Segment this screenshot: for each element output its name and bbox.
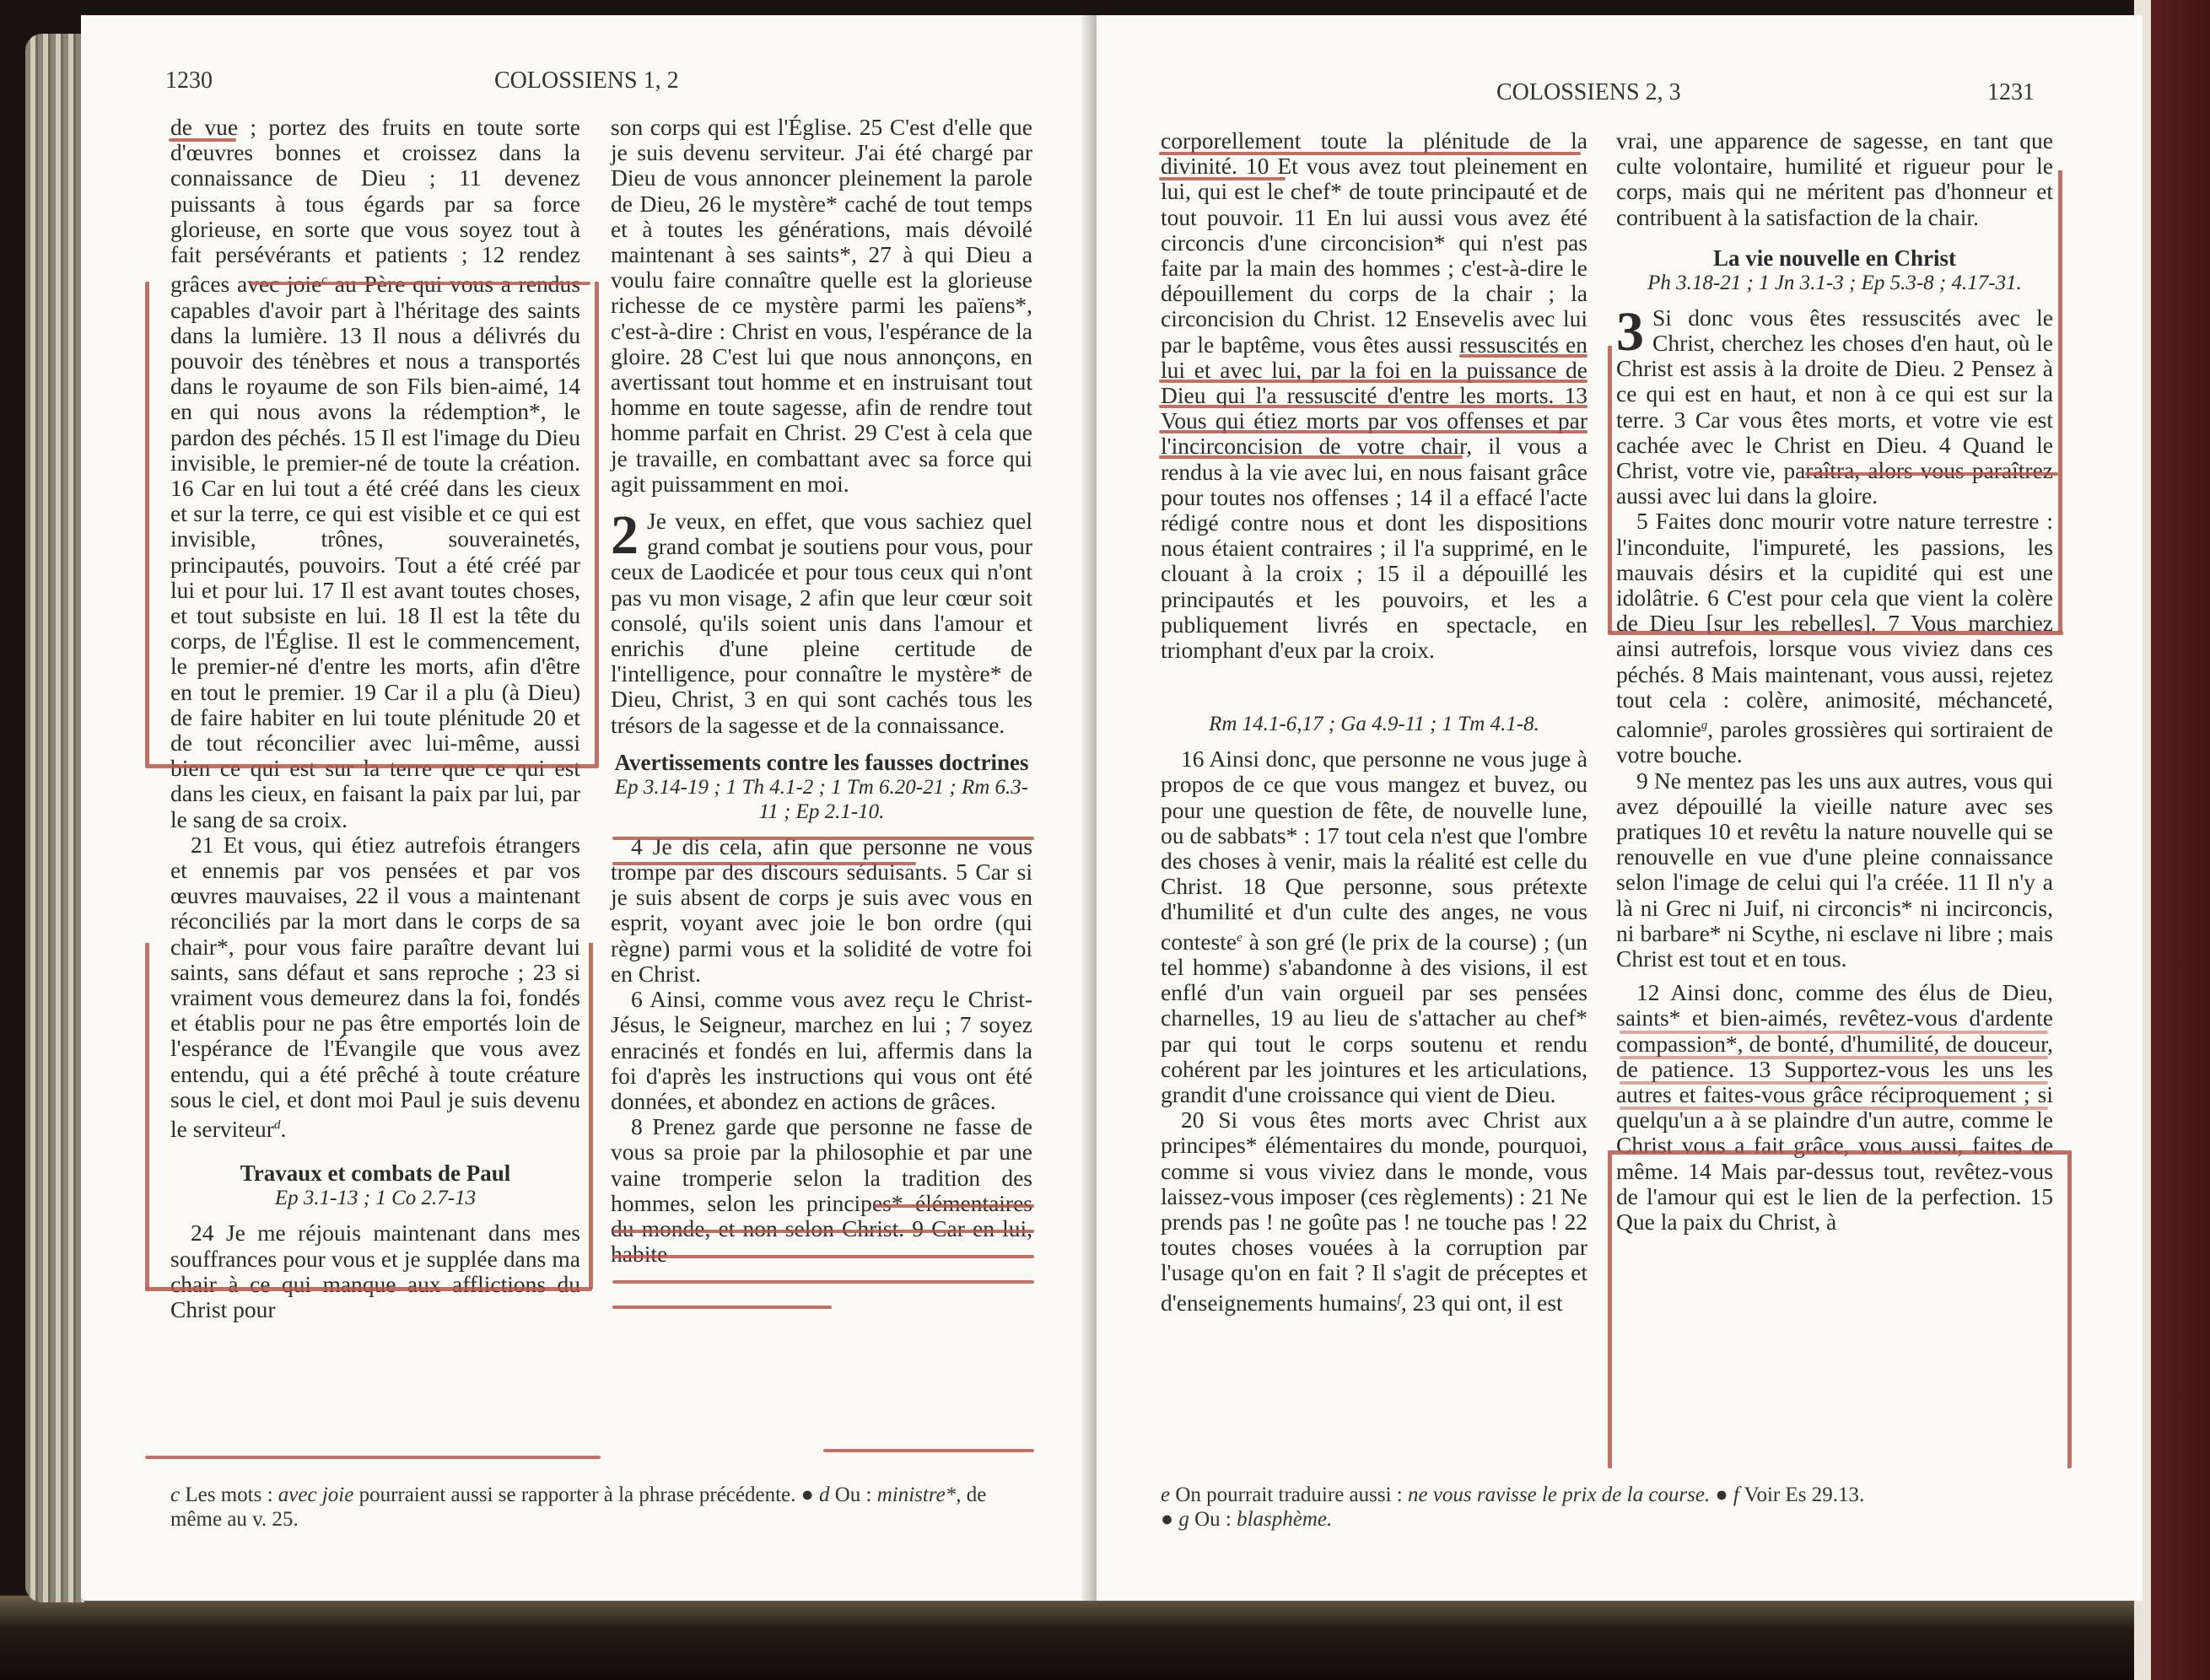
footnote-label-d: d: [819, 1483, 830, 1506]
underline-highlight: [169, 138, 236, 142]
footnote-label-c: c: [170, 1483, 180, 1506]
highlight-bar-3-1-4: [1608, 346, 1612, 633]
book-cover-right: [2134, 0, 2210, 1680]
paragraph: 9 Ne mentez pas les uns aux autres, vous…: [1616, 768, 2053, 972]
underline-highlight: [1159, 152, 1581, 155]
underline-highlight: [612, 837, 1034, 840]
footnote-mark-d[interactable]: d: [274, 1118, 281, 1132]
paragraph: vrai, une apparence de sagesse, en tant …: [1616, 128, 2053, 230]
paragraph: Je veux, en effet, que vous sachiez quel…: [611, 508, 1032, 738]
chapter-number: 3: [1616, 309, 1644, 356]
underline-highlight: [1608, 631, 2063, 635]
column-3: corporellement toute la plénitude de la …: [1161, 128, 1587, 1316]
paragraph: 21 Et vous, qui étiez autrefois étranger…: [170, 832, 580, 1142]
footnote-mark-e[interactable]: e: [1237, 931, 1242, 945]
chapter-number: 2: [611, 512, 639, 559]
paragraph: 20 Si vous êtes morts avec Christ aux pr…: [1161, 1107, 1587, 1316]
highlight-bar-1-21-23: [589, 943, 593, 1289]
footnote-label-e: e: [1161, 1483, 1170, 1506]
paragraph: 5 Faites donc mourir votre nature terres…: [1616, 508, 2053, 742]
cross-references: Ep 3.14-19 ; 1 Th 4.1-2 ; 1 Tm 6.20-21 ;…: [611, 775, 1032, 824]
running-head-right: COLOSSIENS 2, 3: [1496, 79, 1681, 106]
underline-highlight: [612, 1280, 1034, 1284]
underline-highlight: [874, 1204, 1034, 1208]
paragraph: 8 Prenez garde que personne ne fasse de …: [611, 1114, 1032, 1267]
underline-highlight: [612, 862, 916, 865]
column-2: son corps qui est l'Église. 25 C'est d'e…: [611, 115, 1032, 1267]
bullet-icon: ●: [1161, 1508, 1173, 1531]
underline-highlight: [1805, 472, 2058, 476]
column-1: de vue ; portez des fruits en toute sort…: [170, 115, 580, 1322]
left-page: 1230 COLOSSIENS 1, 2 de vue ; portez des…: [81, 15, 1088, 1601]
cross-references: Ph 3.18-21 ; 1 Jn 3.1-3 ; Ep 5.3-8 ; 4.1…: [1616, 271, 2053, 295]
underline-highlight: [823, 1449, 1034, 1452]
underline-highlight: [1620, 1107, 2048, 1110]
footnote-label-g: g: [1178, 1508, 1189, 1531]
cross-references: Rm 14.1-6,17 ; Ga 4.9-11 ; 1 Tm 4.1-8.: [1161, 712, 1587, 736]
underline-highlight: [145, 1456, 601, 1459]
page-number-right: 1231: [1987, 79, 2035, 106]
paragraph: au Père qui vous a rendus capables d'avo…: [170, 271, 580, 832]
bullet-icon: ●: [801, 1483, 814, 1506]
running-head-left: COLOSSIENS 1, 2: [494, 67, 679, 94]
page-stack-left: [25, 34, 84, 1602]
footnote-label-f: f: [1733, 1483, 1739, 1506]
underline-highlight: [1159, 405, 1587, 408]
underline-highlight: [1620, 1081, 2048, 1085]
paragraph: 24 Je me réjouis maintenant dans mes sou…: [170, 1220, 580, 1322]
underline-highlight: [1459, 354, 1587, 358]
footnotes-right: e On pourrait traduire aussi : ne vous r…: [1161, 1483, 2053, 1532]
section-title: Avertissements contre les fausses doctri…: [611, 750, 1032, 775]
underline-highlight: [1159, 177, 1286, 180]
section-title: Travaux et combats de Paul: [170, 1160, 580, 1186]
right-page: COLOSSIENS 2, 3 1231 corporellement tout…: [1097, 15, 2143, 1601]
underline-highlight: [250, 282, 590, 285]
cross-references: Ep 3.1-13 ; 1 Co 2.7-13: [170, 1186, 580, 1210]
underline-highlight: [1620, 1031, 2048, 1034]
column-4: vrai, une apparence de sagesse, en tant …: [1616, 128, 2053, 1235]
paragraph: Si donc vous êtes ressuscités avec le Ch…: [1616, 304, 2053, 509]
page-number-left: 1230: [165, 67, 213, 94]
paragraph: son corps qui est l'Église. 25 C'est d'e…: [611, 115, 1032, 497]
underline-highlight: [612, 1230, 1034, 1233]
underline-highlight: [1159, 380, 1587, 383]
underline-highlight: [1159, 430, 1587, 433]
book-bottom-edge: [0, 1596, 2210, 1680]
paragraph: 6 Ainsi, comme vous avez reçu le Christ-…: [611, 987, 1032, 1114]
underline-highlight: [1620, 1056, 2048, 1059]
section-title: La vie nouvelle en Christ: [1616, 245, 2053, 271]
underline-highlight: [612, 1255, 1034, 1258]
underline-highlight: [612, 1306, 832, 1309]
paragraph: 4 Je dis cela, afin que personne ne vous…: [611, 834, 1032, 987]
paragraph: 16 Ainsi donc, que personne ne vous juge…: [1161, 746, 1587, 955]
underline-highlight: [145, 1287, 592, 1291]
footnotes-left: c Les mots : avec joie pourraient aussi …: [170, 1483, 1032, 1532]
paragraph: corporellement toute la plénitude de la …: [1161, 128, 1587, 663]
highlight-bar-3-1-4: [2058, 170, 2062, 633]
bullet-icon: ●: [1716, 1483, 1728, 1506]
underline-highlight: [1159, 455, 1463, 459]
highlight-bar-1-21-23: [145, 943, 149, 1289]
